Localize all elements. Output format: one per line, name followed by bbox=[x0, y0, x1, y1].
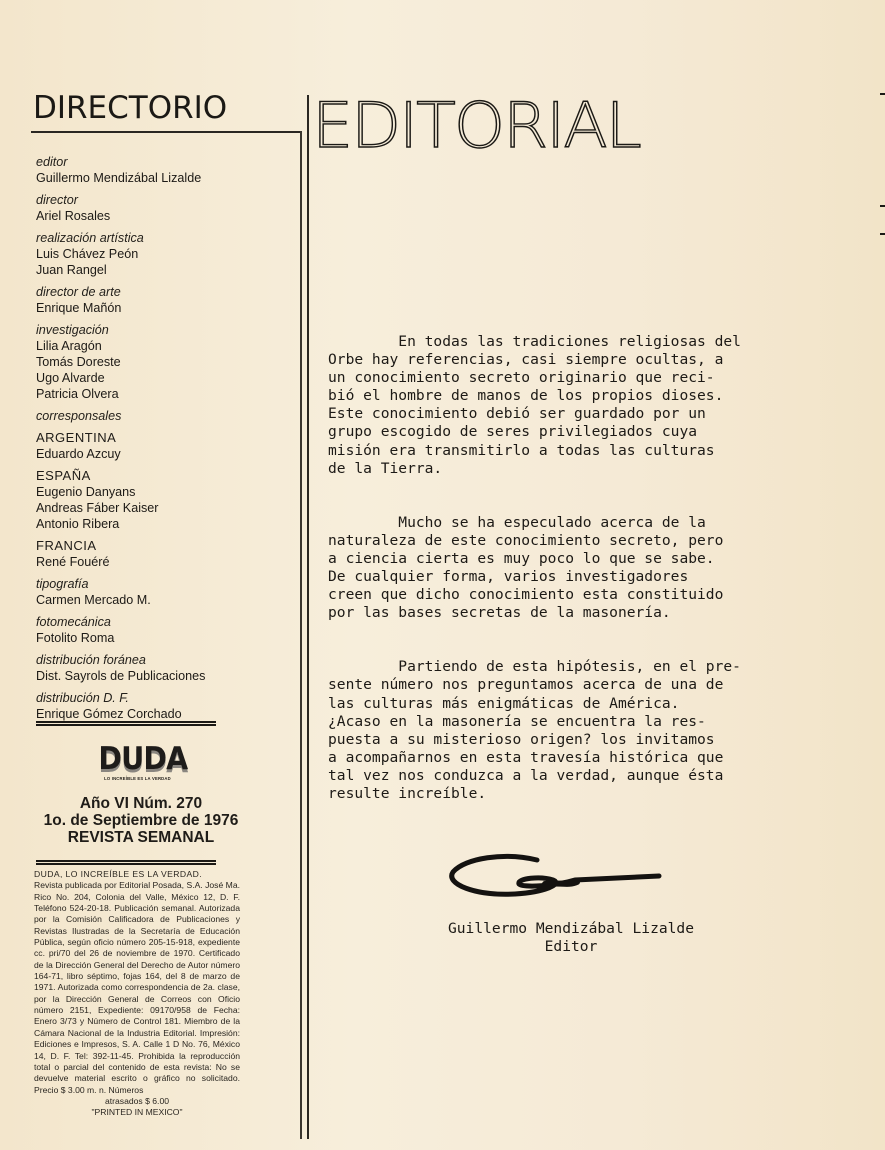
directory-country: ARGENTINA bbox=[36, 430, 286, 446]
directory-group: fotomecánicaFotolito Roma bbox=[36, 614, 286, 646]
directory-name: Guillermo Mendizábal Lizalde bbox=[36, 170, 286, 186]
editorial-line: ¿Acaso en la masonería se encuentra la r… bbox=[328, 713, 838, 731]
editorial-paragraph: Partiendo de esta hipótesis, en el pre-s… bbox=[328, 658, 838, 803]
directory-name: Ariel Rosales bbox=[36, 208, 286, 224]
directory-name: Dist. Sayrols de Publicaciones bbox=[36, 668, 286, 684]
directory-name: Carmen Mercado M. bbox=[36, 592, 286, 608]
crop-mark bbox=[880, 205, 885, 207]
directory-group: editorGuillermo Mendizábal Lizalde bbox=[36, 154, 286, 186]
editorial-line: misión era transmitirlo a todas las cult… bbox=[328, 442, 838, 460]
issue-frequency: REVISTA SEMANAL bbox=[28, 829, 254, 846]
legal-back-issue-price: atrasados $ 6.00 bbox=[34, 1096, 240, 1107]
directory-role: investigación bbox=[36, 322, 286, 338]
editorial-line: grupo escogido de seres privilegiados cu… bbox=[328, 423, 838, 441]
duda-logo: DUDA LO INCREÍBLE ES LA VERDAD bbox=[95, 744, 180, 781]
directory-name: Antonio Ribera bbox=[36, 516, 286, 532]
issue-date: 1o. de Septiembre de 1976 bbox=[28, 812, 254, 829]
directory-role: director de arte bbox=[36, 284, 286, 300]
signer: Guillermo Mendizábal Lizalde Editor bbox=[415, 920, 727, 956]
editorial-line: Mucho se ha especulado acerca de la bbox=[328, 514, 838, 532]
directory-name: Lilia Aragón bbox=[36, 338, 286, 354]
editorial-line: puesta a su misterioso origen? los invit… bbox=[328, 731, 838, 749]
logo-wordmark: DUDA bbox=[98, 744, 176, 774]
directory-group: tipografíaCarmen Mercado M. bbox=[36, 576, 286, 608]
directory-country: FRANCIA bbox=[36, 538, 286, 554]
editorial-line: creen que dicho conocimiento esta consti… bbox=[328, 586, 838, 604]
editorial-line: de la Tierra. bbox=[328, 460, 838, 478]
directory-name: Luis Chávez Peón bbox=[36, 246, 286, 262]
crop-mark bbox=[880, 233, 885, 235]
directorio-rule bbox=[31, 131, 302, 133]
column-divider-left bbox=[300, 131, 302, 1139]
directory-role: editor bbox=[36, 154, 286, 170]
editorial-line: a ciencia cierta es muy poco lo que se s… bbox=[328, 550, 838, 568]
directory-role: tipografía bbox=[36, 576, 286, 592]
editorial-line: las culturas más enigmáticas de América. bbox=[328, 695, 838, 713]
directory-role: director bbox=[36, 192, 286, 208]
editorial-paragraph: En todas las tradiciones religiosas delO… bbox=[328, 333, 838, 478]
signature-icon bbox=[445, 848, 685, 908]
editorial-line: bió el hombre de manos de los propios di… bbox=[328, 387, 838, 405]
signer-title: Editor bbox=[415, 938, 727, 956]
issue-info: Año VI Núm. 270 1o. de Septiembre de 197… bbox=[28, 795, 254, 846]
issue-number: Año VI Núm. 270 bbox=[28, 795, 254, 812]
directory-name: Patricia Olvera bbox=[36, 386, 286, 402]
editorial-line: un conocimiento secreto originario que r… bbox=[328, 369, 838, 387]
signer-name: Guillermo Mendizábal Lizalde bbox=[415, 920, 727, 938]
directory-name: Enrique Gómez Corchado bbox=[36, 706, 286, 722]
double-rule-top bbox=[36, 721, 216, 726]
editorial-line: Partiendo de esta hipótesis, en el pre- bbox=[328, 658, 838, 676]
editorial-line: resulte increíble. bbox=[328, 785, 838, 803]
editorial-body: En todas las tradiciones religiosas delO… bbox=[328, 333, 838, 839]
editorial-line: naturaleza de este conocimiento secreto,… bbox=[328, 532, 838, 550]
directory-role: fotomecánica bbox=[36, 614, 286, 630]
directory-name: Ugo Alvarde bbox=[36, 370, 286, 386]
directory-name: Eugenio Danyans bbox=[36, 484, 286, 500]
directory-name: Andreas Fáber Kaiser bbox=[36, 500, 286, 516]
legal-body: Revista publicada por Editorial Posada, … bbox=[34, 880, 240, 1096]
directory-country: ESPAÑA bbox=[36, 468, 286, 484]
editorial-line: En todas las tradiciones religiosas del bbox=[328, 333, 838, 351]
directory-role: corresponsales bbox=[36, 408, 286, 424]
double-rule-bottom bbox=[36, 860, 216, 865]
editorial-paragraph: Mucho se ha especulado acerca de lanatur… bbox=[328, 514, 838, 623]
directory-group: distribución foráneaDist. Sayrols de Pub… bbox=[36, 652, 286, 684]
directory-group: realización artísticaLuis Chávez PeónJua… bbox=[36, 230, 286, 278]
legal-notice: DUDA, LO INCREÍBLE ES LA VERDAD. Revista… bbox=[34, 869, 240, 1119]
directory-name: René Fouéré bbox=[36, 554, 286, 570]
legal-printed-in: "PRINTED IN MEXICO" bbox=[34, 1107, 240, 1118]
directory-name: Tomás Doreste bbox=[36, 354, 286, 370]
editorial-title: EDITORIAL bbox=[312, 95, 640, 157]
directory-name: Juan Rangel bbox=[36, 262, 286, 278]
editorial-line: De cualquier forma, varios investigadore… bbox=[328, 568, 838, 586]
directory-group: director de arteEnrique Mañón bbox=[36, 284, 286, 316]
directory-role: distribución foránea bbox=[36, 652, 286, 668]
directory-role: distribución D. F. bbox=[36, 690, 286, 706]
editorial-line: sente número nos preguntamos acerca de u… bbox=[328, 676, 838, 694]
directory-group: directorAriel Rosales bbox=[36, 192, 286, 224]
editorial-line: por las bases secretas de la masonería. bbox=[328, 604, 838, 622]
directory-group: investigaciónLilia AragónTomás DoresteUg… bbox=[36, 322, 286, 402]
directory-group-correspondents: corresponsalesARGENTINAEduardo AzcuyESPA… bbox=[36, 408, 286, 570]
editorial-line: Este conocimiento debió ser guardado por… bbox=[328, 405, 838, 423]
legal-heading: DUDA, LO INCREÍBLE ES LA VERDAD. bbox=[34, 869, 240, 880]
editorial-line: tal vez nos conduzca a la verdad, aunque… bbox=[328, 767, 838, 785]
column-divider-right bbox=[307, 95, 309, 1139]
crop-mark bbox=[880, 93, 885, 95]
directorio-title: DIRECTORIO bbox=[33, 93, 227, 124]
directory-name: Fotolito Roma bbox=[36, 630, 286, 646]
directorio-list: editorGuillermo Mendizábal Lizaldedirect… bbox=[36, 154, 286, 728]
directory-name: Enrique Mañón bbox=[36, 300, 286, 316]
editorial-line: a acompañarnos en esta travesía históric… bbox=[328, 749, 838, 767]
editorial-line: Orbe hay referencias, casi siempre ocult… bbox=[328, 351, 838, 369]
directory-name: Eduardo Azcuy bbox=[36, 446, 286, 462]
directory-role: realización artística bbox=[36, 230, 286, 246]
directory-group: distribución D. F.Enrique Gómez Corchado bbox=[36, 690, 286, 722]
